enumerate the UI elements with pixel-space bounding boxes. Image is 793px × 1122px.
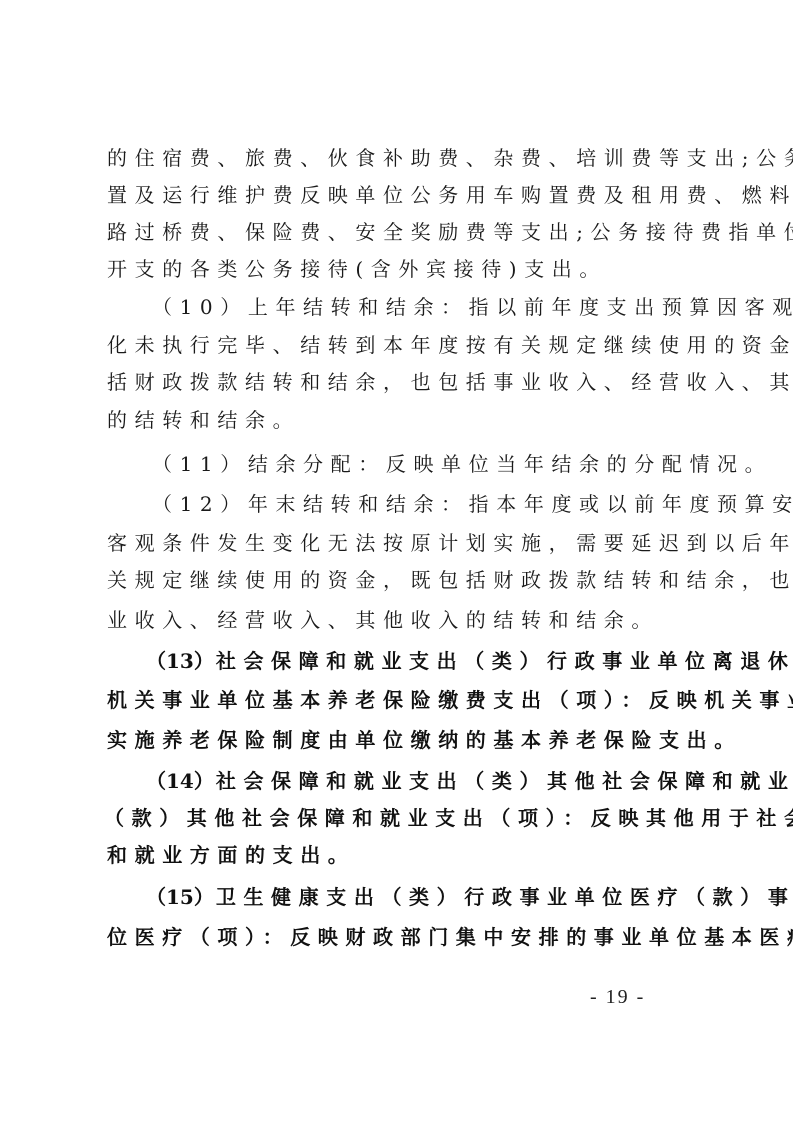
paragraph-15-line: 位医疗（项）：反映财政部门集中安排的事业单位基本医疗保险 (107, 922, 707, 952)
text-line: 开支的各类公务接待(含外宾接待)支出。 (107, 254, 707, 284)
document-page: 的住宿费、旅费、伙食补助费、杂费、培训费等支出;公务用车购 置及运行维护费反映单… (0, 0, 793, 1122)
paragraph-12-line: （12）年末结转和结余：指本年度或以前年度预算安排、因 (152, 489, 752, 519)
paragraph-12-line: 业收入、经营收入、其他收入的结转和结余。 (107, 605, 707, 635)
paragraph-13-line: 机关事业单位基本养老保险缴费支出（项）：反映机关事业单位 (107, 685, 707, 715)
paragraph-12-line: 客观条件发生变化无法按原计划实施，需要延迟到以后年度按有 (107, 528, 707, 558)
paragraph-10-line: 括财政拨款结转和结余，也包括事业收入、经营收入、其他收入 (107, 367, 707, 397)
paragraph-10-line: 的结转和结余。 (107, 405, 707, 435)
text-line: 的住宿费、旅费、伙食补助费、杂费、培训费等支出;公务用车购 (107, 143, 707, 173)
paragraph-10-line: （10）上年结转和结余：指以前年度支出预算因客观条件变 (152, 292, 752, 322)
paragraph-14-line: （14）社会保障和就业支出（类）其他社会保障和就业支出 (146, 766, 746, 796)
paragraph-14-line: （款）其他社会保障和就业支出（项）：反映其他用于社会保障 (104, 803, 704, 833)
paragraph-14-number: （14） (146, 769, 214, 793)
paragraph-13-text: 社会保障和就业支出（类）行政事业单位离退休（款） (216, 649, 793, 673)
paragraph-13-line: 实施养老保险制度由单位缴纳的基本养老保险支出。 (107, 725, 707, 755)
paragraph-10-line: 化未执行完毕、结转到本年度按有关规定继续使用的资金，既包 (107, 330, 707, 360)
paragraph-15-number: （15） (146, 885, 214, 909)
page-number: - 19 - (590, 986, 645, 1009)
paragraph-13-line: （13）社会保障和就业支出（类）行政事业单位离退休（款） (146, 646, 746, 676)
paragraph-12-line: 关规定继续使用的资金，既包括财政拨款结转和结余，也包括事 (107, 565, 707, 595)
paragraph-14-line: 和就业方面的支出。 (107, 840, 707, 870)
paragraph-15-line: （15）卫生健康支出（类）行政事业单位医疗（款）事业单 (146, 882, 746, 912)
paragraph-11-line: （11）结余分配：反映单位当年结余的分配情况。 (152, 449, 752, 479)
paragraph-13-number: （13） (146, 649, 214, 673)
text-line: 置及运行维护费反映单位公务用车购置费及租用费、燃料费、过 (107, 180, 707, 210)
paragraph-15-text: 卫生健康支出（类）行政事业单位医疗（款）事业单 (216, 885, 793, 909)
text-line: 路过桥费、保险费、安全奖励费等支出;公务接待费指单位按规定 (107, 217, 707, 247)
paragraph-14-text: 社会保障和就业支出（类）其他社会保障和就业支出 (216, 769, 793, 793)
